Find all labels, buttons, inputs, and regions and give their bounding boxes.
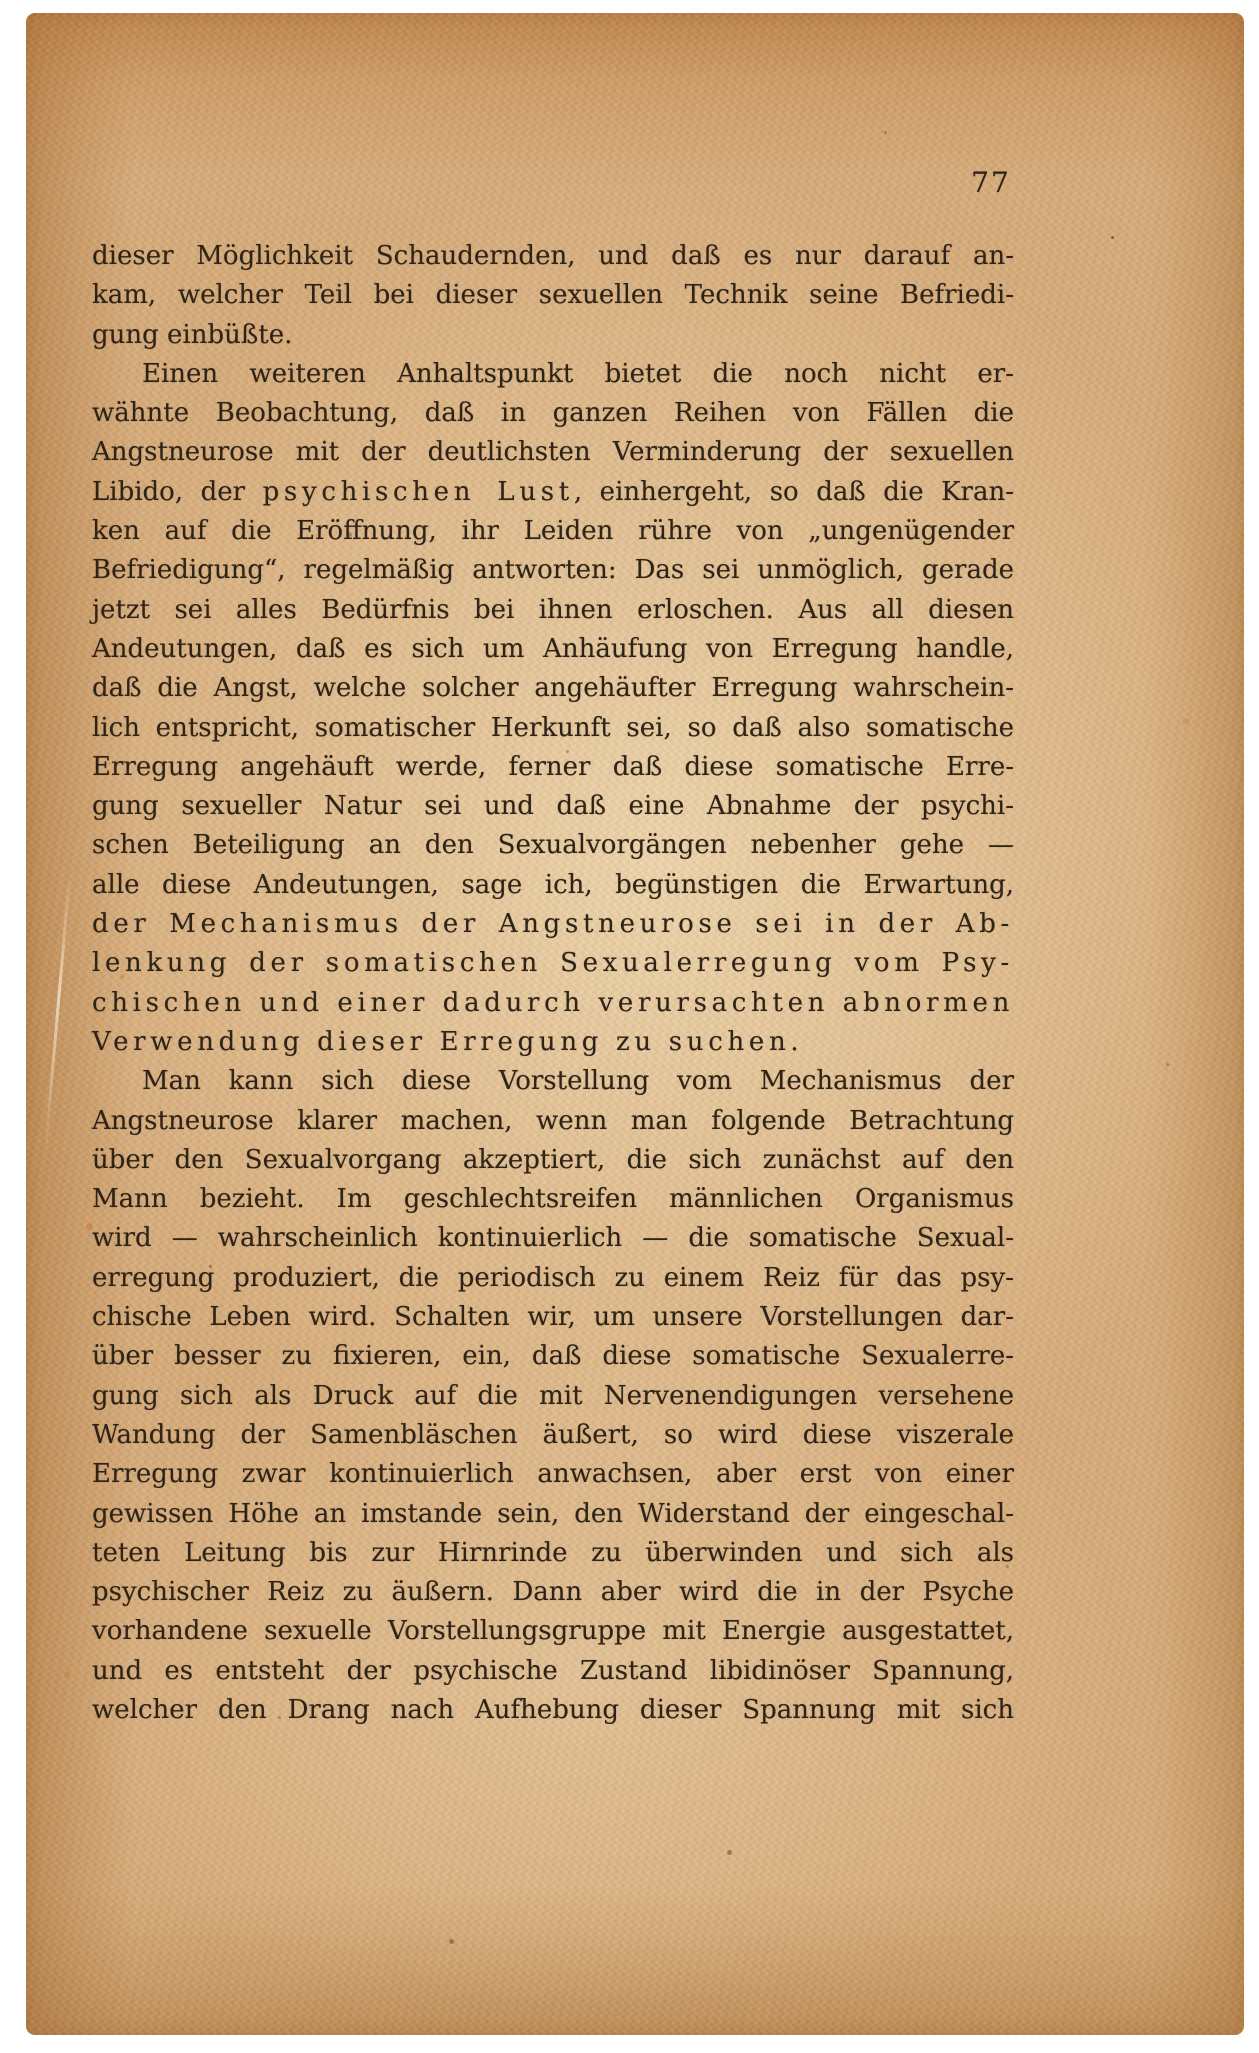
text-segment: ken auf die Eröffnung, ihr Leiden rühre … [92, 516, 1014, 546]
letterspaced-text: der Mechanismus der Angstneurose sei in … [92, 909, 1014, 939]
text-segment: Erregung zwar kontinuierlich anwachsen, … [92, 1459, 1014, 1489]
text-segment: Angstneurose klarer machen, wenn man fol… [92, 1106, 1014, 1136]
text-line: kam, welcher Teil bei dieser sexuellen T… [92, 276, 1014, 315]
text-line: gung sexueller Natur sei und daß eine Ab… [92, 787, 1014, 826]
text-line: welcher den Drang nach Aufhebung dieser … [92, 1691, 1014, 1730]
text-segment: Erregung angehäuft werde, ferner daß die… [92, 752, 1014, 782]
text-line: chische Leben wird. Schalten wir, um uns… [92, 1298, 1014, 1337]
letterspaced-text: chischen und einer dadurch verursachten … [92, 988, 1014, 1018]
text-segment: , einhergeht, so daß die Kran- [574, 477, 1014, 507]
text-line: Andeutungen, daß es sich um Anhäufung vo… [92, 630, 1014, 669]
text-segment: Befriedigung“, regelmäßig antworten: Das… [92, 555, 1014, 585]
text-segment: Angstneurose mit der deutlichsten Vermin… [92, 437, 1014, 467]
text-segment: über besser zu fixieren, ein, daß diese … [92, 1341, 1014, 1371]
text-segment: schen Beteiligung an den Sexualvorgängen… [92, 830, 1014, 860]
text-line: alle diese Andeutungen, sage ich, begüns… [92, 866, 1014, 905]
text-segment: chische Leben wird. Schalten wir, um uns… [92, 1302, 1014, 1332]
text-segment: jetzt sei alles Bedürfnis bei ihnen erlo… [92, 595, 1014, 625]
text-segment: gewissen Höhe an imstande sein, den Wide… [92, 1499, 1014, 1529]
text-segment: Man kann sich diese Vorstellung vom Mech… [142, 1066, 1014, 1096]
text-segment: lich entspricht, somatischer Herkunft se… [92, 713, 1014, 743]
text-line: dieser Möglichkeit Schaudernden, und daß… [92, 237, 1014, 276]
text-line: gung einbüßte. [92, 316, 1014, 355]
text-segment: teten Leitung bis zur Hirnrinde zu überw… [92, 1538, 1014, 1568]
text-column: dieser Möglichkeit Schaudernden, und daß… [92, 237, 1014, 1730]
text-line: Erregung zwar kontinuierlich anwachsen, … [92, 1455, 1014, 1494]
text-segment: und es entsteht der psychische Zustand l… [92, 1656, 1014, 1686]
paper-stains [26, 13, 29, 16]
letterspaced-text: Verwendung dieser Erregung zu suchen. [92, 1027, 803, 1057]
letterspaced-text: lenkung der somatischen Sexualerregung v… [92, 948, 1014, 978]
text-line: Angstneurose klarer machen, wenn man fol… [92, 1102, 1014, 1141]
text-line: wird — wahrscheinlich kontinuierlich — d… [92, 1219, 1014, 1258]
text-line: schen Beteiligung an den Sexualvorgängen… [92, 826, 1014, 865]
text-line: Befriedigung“, regelmäßig antworten: Das… [92, 551, 1014, 590]
text-line: vorhandene sexuelle Vorstellungsgruppe m… [92, 1612, 1014, 1651]
text-line: über den Sexualvorgang akzeptiert, die s… [92, 1141, 1014, 1180]
text-line: Man kann sich diese Vorstellung vom Mech… [92, 1062, 1014, 1101]
page-number: 77 [955, 166, 1027, 199]
text-line: Verwendung dieser Erregung zu suchen. [92, 1023, 1014, 1062]
text-segment: Einen weiteren Anhaltspunkt bietet die n… [142, 359, 1014, 389]
text-segment: gung sich als Druck auf die mit Nervenen… [92, 1381, 1014, 1411]
text-segment: welcher den Drang nach Aufhebung dieser … [92, 1695, 1014, 1725]
text-line: ken auf die Eröffnung, ihr Leiden rühre … [92, 512, 1014, 551]
text-line: Mann bezieht. Im geschlechtsreifen männl… [92, 1180, 1014, 1219]
paper-crease [44, 873, 71, 1152]
text-line: und es entsteht der psychische Zustand l… [92, 1652, 1014, 1691]
text-segment: daß die Angst, welche solcher angehäufte… [92, 673, 1014, 703]
text-line: über besser zu fixieren, ein, daß diese … [92, 1337, 1014, 1376]
text-line: psychischer Reiz zu äußern. Dann aber wi… [92, 1573, 1014, 1612]
text-line: jetzt sei alles Bedürfnis bei ihnen erlo… [92, 591, 1014, 630]
text-line: gewissen Höhe an imstande sein, den Wide… [92, 1495, 1014, 1534]
text-segment: vorhandene sexuelle Vorstellungsgruppe m… [92, 1616, 1014, 1646]
text-line: daß die Angst, welche solcher angehäufte… [92, 669, 1014, 708]
text-line: lenkung der somatischen Sexualerregung v… [92, 944, 1014, 983]
text-line: gung sich als Druck auf die mit Nervenen… [92, 1377, 1014, 1416]
text-segment: kam, welcher Teil bei dieser sexuellen T… [92, 280, 1014, 310]
text-segment: alle diese Andeutungen, sage ich, begüns… [92, 870, 1014, 900]
text-line: erregung produziert, die periodisch zu e… [92, 1259, 1014, 1298]
paper-specks [26, 13, 29, 16]
text-segment: wähnte Beobachtung, daß in ganzen Reihen… [92, 398, 1014, 428]
text-segment: über den Sexualvorgang akzeptiert, die s… [92, 1145, 1014, 1175]
text-segment: wird — wahrscheinlich kontinuierlich — d… [92, 1223, 1014, 1253]
text-line: teten Leitung bis zur Hirnrinde zu überw… [92, 1534, 1014, 1573]
text-segment: Mann bezieht. Im geschlechtsreifen männl… [92, 1184, 1014, 1214]
text-segment: Wandung der Samenbläschen äußert, so wir… [92, 1420, 1014, 1450]
text-segment: gung sexueller Natur sei und daß eine Ab… [92, 791, 1014, 821]
text-line: Wandung der Samenbläschen äußert, so wir… [92, 1416, 1014, 1455]
text-segment: Andeutungen, daß es sich um Anhäufung vo… [92, 634, 1014, 664]
text-segment: gung einbüßte. [92, 320, 292, 350]
text-line: Libido, der psychischen Lust, einhergeht… [92, 473, 1014, 512]
text-line: wähnte Beobachtung, daß in ganzen Reihen… [92, 394, 1014, 433]
text-segment: dieser Möglichkeit Schaudernden, und daß… [92, 241, 1014, 271]
text-line: der Mechanismus der Angstneurose sei in … [92, 905, 1014, 944]
letterspaced-text: psychischen Lust [263, 477, 574, 507]
text-line: lich entspricht, somatischer Herkunft se… [92, 709, 1014, 748]
text-line: chischen und einer dadurch verursachten … [92, 984, 1014, 1023]
paper-sheet: 77 dieser Möglichkeit Schaudernden, und … [26, 13, 1244, 2035]
scanned-book-page: 77 dieser Möglichkeit Schaudernden, und … [0, 0, 1259, 2053]
text-line: Einen weiteren Anhaltspunkt bietet die n… [92, 355, 1014, 394]
text-line: Angstneurose mit der deutlichsten Vermin… [92, 433, 1014, 472]
text-segment: psychischer Reiz zu äußern. Dann aber wi… [92, 1577, 1014, 1607]
text-line: Erregung angehäuft werde, ferner daß die… [92, 748, 1014, 787]
text-segment: erregung produziert, die periodisch zu e… [92, 1263, 1014, 1293]
text-segment: Libido, der [92, 477, 263, 507]
